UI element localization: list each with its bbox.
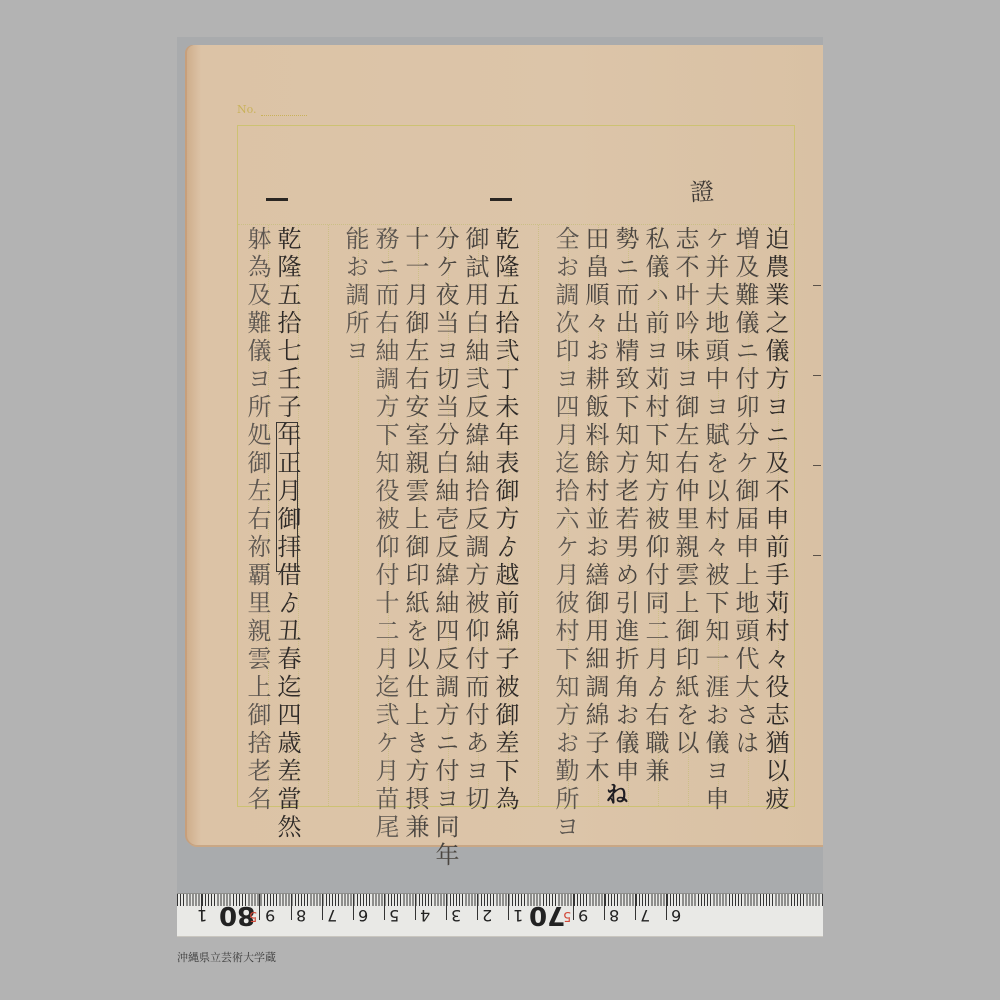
title-mark: 證 bbox=[689, 171, 715, 208]
gridline bbox=[328, 225, 329, 806]
ruler-major-tick bbox=[635, 894, 636, 920]
struck-through-box bbox=[276, 422, 298, 572]
text-column-13: 十一月御左右安室親雲上御印紙を以仕上き方摂兼 bbox=[400, 226, 430, 842]
item-marker bbox=[266, 198, 288, 201]
ruler-label: 3 bbox=[451, 906, 461, 925]
text-column-2: 増及難儀ニ付卯分ケ御届申上地頭代大さは bbox=[730, 226, 760, 758]
margin-tick bbox=[813, 465, 821, 466]
ruler-major-tick bbox=[259, 894, 260, 920]
ruler-label: 1 bbox=[513, 906, 523, 925]
ruler-label: 5 bbox=[389, 906, 399, 925]
ruler-label: 7 bbox=[640, 906, 650, 925]
ruler-label: 2 bbox=[482, 906, 492, 925]
text-column-12: 分ケ夜当ヨ切当分白紬壱反緯紬四反調方ニ付ヨ同年 bbox=[430, 226, 460, 870]
ink-mark: ね bbox=[606, 778, 628, 809]
ruler-label: 8 bbox=[296, 906, 306, 925]
ruler-major-tick bbox=[604, 894, 605, 920]
ruler-label: 5 bbox=[249, 908, 257, 923]
ruler-label: 1 bbox=[197, 906, 207, 925]
ruler-major-tick bbox=[508, 894, 509, 920]
text-column-3: ケ并夫地頭中ヨ賦を以村々被下知一涯お儀ヨ申 bbox=[700, 226, 730, 814]
gridline bbox=[538, 225, 539, 806]
margin-tick bbox=[813, 375, 821, 376]
text-column-10: 乾隆五拾弐丁未年表御方ゟ越前綿子被御差下為 bbox=[490, 226, 520, 814]
text-column-5: 私儀ハ前ヨ苅村下知方被仰付同二月ゟ右職兼 bbox=[640, 226, 670, 786]
text-column-11: 御試用白紬弐反緯紬拾反調方被仰付而付あヨ切 bbox=[460, 226, 490, 814]
ruler-label: 6 bbox=[358, 906, 368, 925]
text-column-19: 躰為及難儀ヨ所処御左右祢覇里親雲上御捨老名 bbox=[242, 226, 272, 814]
notebook-page: No. 證 迫農業之儀方ヨニ及不申前手苅村々役志猶以 bbox=[187, 45, 823, 845]
ruler-label: 9 bbox=[265, 906, 275, 925]
margin-tick bbox=[813, 555, 821, 556]
ruler-label: 9 bbox=[578, 906, 588, 925]
writing-frame: 證 迫農業之儀方ヨニ及不申前手苅村々役志猶以疲 増及難儀ニ付卯分ケ bbox=[237, 125, 795, 807]
ruler-major-tick bbox=[384, 894, 385, 920]
ruler-major-tick bbox=[322, 894, 323, 920]
ruler-ticks bbox=[177, 894, 823, 906]
ruler-major-tick bbox=[446, 894, 447, 920]
ruler-label: 4 bbox=[420, 906, 430, 925]
ruler-major-tick bbox=[477, 894, 478, 920]
text-column-14: 務ニ而右紬調方下知役被仰付十二月迄弐ケ月苗尾 bbox=[370, 226, 400, 842]
ruler-label: 8 bbox=[609, 906, 619, 925]
ruler-label: 70 bbox=[529, 900, 565, 930]
collection-caption: 沖縄県立芸術大学蔵 bbox=[177, 949, 276, 965]
text-column-15: 能お調所ヨ bbox=[340, 226, 370, 366]
margin-tick bbox=[813, 285, 821, 286]
text-column-8: 全お調次印ヨ四月迄拾六ケ月彼村下知方お勤所ヨ bbox=[550, 226, 580, 842]
ruler-label: 6 bbox=[671, 906, 681, 925]
form-number-label: No. bbox=[237, 103, 257, 116]
text-column-4: 志不叶吟味ヨ御左右仲里親雲上御印紙を以 bbox=[670, 226, 700, 758]
item-marker bbox=[490, 198, 512, 201]
ruler-major-tick bbox=[415, 894, 416, 920]
text-column-6: 勢ニ而出精致下知方老若男め引進折角お儀申 bbox=[610, 226, 640, 786]
ruler-major-tick bbox=[666, 894, 667, 920]
text-column-1: 迫農業之儀方ヨニ及不申前手苅村々役志猶以疲 bbox=[760, 226, 790, 814]
measuring-ruler: 1 80 5 9 8 7 6 5 4 3 2 1 70 5 9 8 7 6 bbox=[177, 893, 823, 937]
ruler-major-tick bbox=[573, 894, 574, 920]
ruler-major-tick bbox=[291, 894, 292, 920]
ruler-major-tick bbox=[353, 894, 354, 920]
ruler-label: 7 bbox=[327, 906, 337, 925]
form-number-line bbox=[261, 115, 307, 116]
ruler-label: 5 bbox=[563, 908, 571, 923]
text-column-7: 田畠順々お耕飯料餘村並お繕御用細調綿子木 bbox=[580, 226, 610, 786]
